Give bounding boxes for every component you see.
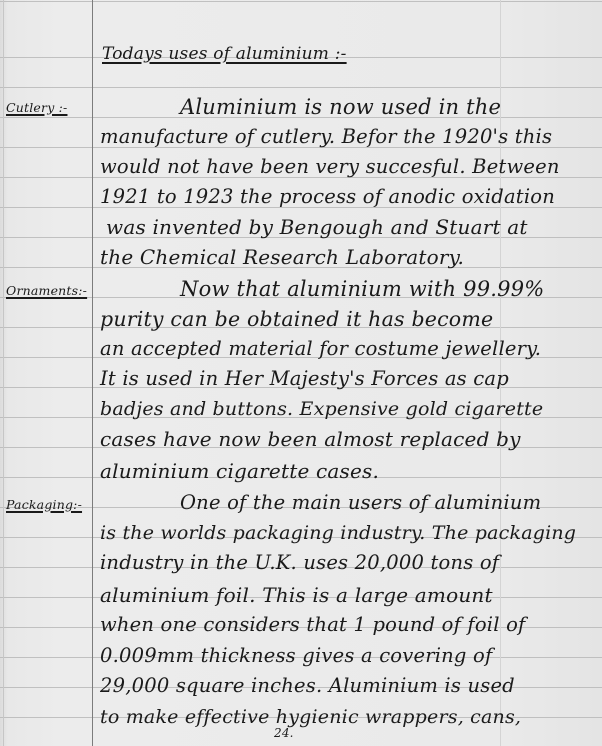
text-line: Now that aluminium with 99.99% <box>180 274 544 304</box>
section-label-ornaments: Ornaments:- <box>6 283 87 298</box>
text-line: would not have been very succesful. Betw… <box>100 152 560 182</box>
text-line: Aluminium is now used in the <box>180 92 501 122</box>
text-line: was invented by Bengough and Stuart at <box>106 212 528 242</box>
text-line: aluminium cigarette cases. <box>100 456 379 486</box>
text-line: purity can be obtained it has become <box>100 304 493 334</box>
text-line: is the worlds packaging industry. The pa… <box>100 518 576 548</box>
text-line: 29,000 square inches. Aluminium is used <box>100 671 515 701</box>
text-line: an accepted material for costume jewelle… <box>100 334 541 364</box>
page-title: Todays uses of aluminium :- <box>102 44 347 64</box>
section-label-packaging: Packaging:- <box>6 497 82 512</box>
text-line: when one considers that 1 pound of foil … <box>100 610 525 640</box>
text-line: aluminium foil. This is a large amount <box>100 580 493 610</box>
text-line: One of the main users of aluminium <box>180 488 541 518</box>
section-label-cutlery: Cutlery :- <box>6 100 67 115</box>
text-line: manufacture of cutlery. Befor the 1920's… <box>100 122 552 152</box>
page-edge-line <box>3 0 4 746</box>
text-line: It is used in Her Majesty's Forces as ca… <box>100 364 509 394</box>
notebook-page: Todays uses of aluminium :- Cutlery :- A… <box>0 0 602 746</box>
text-line: 1921 to 1923 the process of anodic oxida… <box>100 182 555 212</box>
text-line: to make effective hygienic wrappers, can… <box>100 702 521 732</box>
text-line: 0.009mm thickness gives a covering of <box>100 641 492 671</box>
text-line: cases have now been almost replaced by <box>100 424 521 454</box>
text-line: industry in the U.K. uses 20,000 tons of <box>100 548 499 578</box>
page-number: 24. <box>274 726 294 740</box>
text-line: badjes and buttons. Expensive gold cigar… <box>100 394 543 424</box>
text-line: the Chemical Research Laboratory. <box>100 242 464 272</box>
margin-line <box>92 0 93 746</box>
